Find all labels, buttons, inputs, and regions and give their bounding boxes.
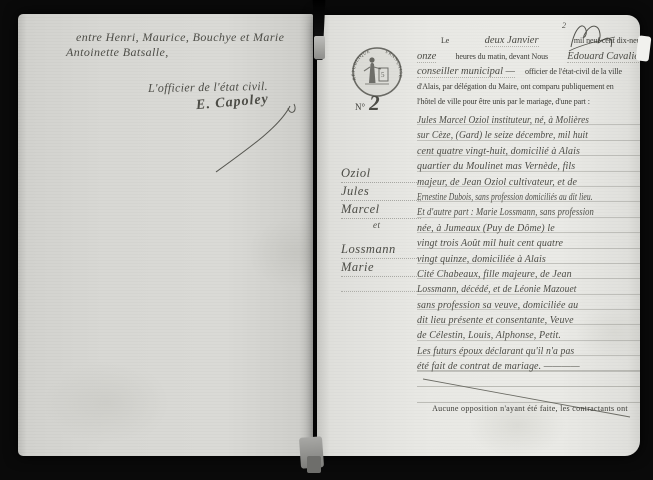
spine-tab-top: [314, 36, 325, 59]
body-line: dit lieu présente et consentante, Veuve: [417, 310, 640, 325]
body-line: Cité Chabeaux, fille majeure, de Jean: [417, 264, 640, 279]
right-page: RÉPUBLIQUE FRANÇAISE 5 N° 2 2: [317, 15, 640, 456]
scanned-register-spread: entre Henri, Maurice, Bouchye et Marie A…: [0, 0, 653, 480]
printed-footer-line: Aucune opposition n'ayant été faite, les…: [417, 404, 640, 413]
body-line: de Célestin, Louis, Alphonse, Petit.: [417, 325, 640, 340]
stamp-value: 5: [381, 71, 385, 79]
printed-le: Le: [441, 36, 449, 45]
margin-gap: [341, 233, 421, 241]
signature-flourish: [190, 100, 308, 180]
margin-names: Oziol Jules Marcel et Lossmann Marie: [341, 165, 421, 292]
margin-groom-firstname2: Marcel: [341, 201, 421, 219]
body-line: vingt quinze, domiciliée à Alais: [417, 249, 640, 264]
printed-delegation: d'Alais, par délégation du Maire, ont co…: [417, 82, 614, 91]
stamp-figure-head: [369, 57, 374, 62]
handwritten-date: deux Janvier: [485, 35, 539, 47]
body-line: quartier du Moulinet mas Vernède, fils: [417, 156, 640, 171]
handwritten-officer-name: Edouard Cavalier: [567, 51, 640, 63]
margin-bride-firstname: Marie: [341, 259, 421, 277]
act-number-value: 2: [369, 91, 380, 116]
printed-year: mil neuf cent dix-neuf: [574, 36, 640, 45]
page-edge-sliver: [636, 35, 652, 61]
body-line: Lossmann, décédé, et de Léonie Mazouet: [417, 279, 640, 294]
printed-officier-etat-civil: officier de l'état-civil de la ville: [525, 67, 622, 76]
body-line: Ernestine Dubois, sans profession domici…: [417, 187, 640, 202]
margin-et: et: [341, 219, 421, 233]
form-header: Le deux Janvier mil neuf cent dix-neuf o…: [417, 35, 640, 113]
body-line: vingt trois Août mil huit cent quatre: [417, 233, 640, 248]
margin-bride-surname: Lossmann: [341, 241, 421, 259]
margin-groom-surname: Oziol: [341, 165, 421, 183]
marginal-note-line1: entre Henri, Maurice, Bouchye et Marie: [76, 30, 284, 45]
act-body: Jules Marcel Oziol instituteur, né, à Mo…: [417, 110, 640, 372]
form-line-date: Le deux Janvier mil neuf cent dix-neuf: [417, 35, 640, 51]
printed-hotel-de-ville: l'hôtel de ville pour être unis par le m…: [417, 97, 590, 106]
corner-mark: 2: [562, 21, 566, 30]
strike-line: [417, 351, 640, 425]
handwritten-hour: onze: [417, 51, 436, 63]
handwritten-officer-title: conseiller municipal —: [417, 66, 515, 78]
form-line-delegation: d'Alais, par délégation du Maire, ont co…: [417, 82, 640, 98]
body-line: majeur, de Jean Oziol cultivateur, et de: [417, 172, 640, 187]
form-line-hour-officer: onze heures du matin, devant Nous Edouar…: [417, 51, 640, 67]
margin-groom-firstname1: Jules: [341, 183, 421, 201]
marginal-note-line2: Antoinette Batsalle,: [66, 45, 169, 60]
act-number-label: N°: [355, 102, 365, 112]
spine-tab-bottom-dark: [307, 456, 321, 473]
left-page: entre Henri, Maurice, Bouchye et Marie A…: [18, 14, 313, 456]
printed-heures: heures du matin, devant Nous: [456, 52, 549, 61]
body-line: Jules Marcel Oziol instituteur, né, à Mo…: [417, 110, 640, 125]
margin-empty-rule: [341, 277, 421, 292]
act-number-block: N° 2: [355, 91, 380, 116]
form-line-title: conseiller municipal — officier de l'éta…: [417, 66, 640, 82]
